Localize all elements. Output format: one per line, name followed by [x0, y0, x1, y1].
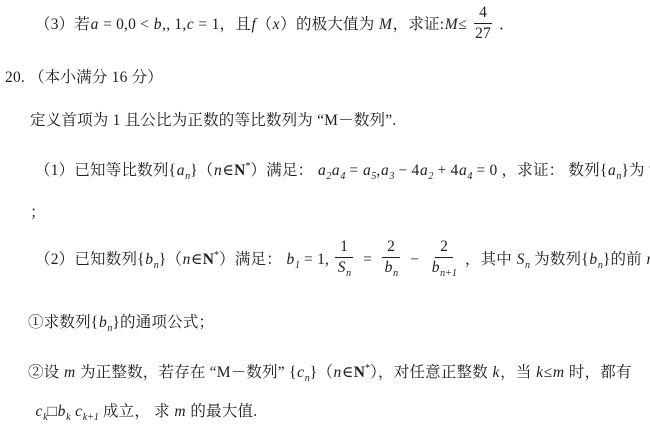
denominator: Sn	[332, 258, 356, 280]
subscript: n	[393, 268, 398, 279]
text-run: ②设	[28, 364, 63, 381]
text-run: }的通项公式；	[112, 314, 214, 331]
text-run: ，其中	[465, 251, 516, 268]
text-run: =	[359, 251, 376, 268]
part-1-statement: （1）已知等比数列{an}（n∈N*）满足： a2a4 = a5,a3 − 4a…	[35, 160, 650, 184]
math-var: n	[646, 251, 650, 268]
math-var: b	[145, 251, 154, 268]
text-run: ．	[499, 16, 515, 33]
text-run: ≤	[458, 16, 467, 33]
math-var: b	[153, 16, 162, 33]
text-run: 时，都有	[565, 364, 632, 381]
text-run: ,, 1,	[162, 16, 186, 33]
denominator: bn	[379, 258, 403, 280]
text-run: 2	[440, 238, 448, 255]
subscript: n	[346, 268, 351, 279]
text-run: = 1,	[300, 251, 329, 268]
math-var: b	[384, 259, 393, 276]
text-run: 定义首项为 1 且公比为正数的等比数列为 “M－数列”.	[30, 112, 396, 129]
text-run: 20. （本小满分 16 分）	[5, 69, 163, 86]
text-run: −	[406, 251, 423, 268]
math-var: M	[444, 16, 458, 33]
text-run: 的最大值.	[186, 403, 257, 420]
text-run: ，当	[500, 364, 535, 381]
text-run	[71, 403, 75, 420]
subpart-2-condition: ②设 m 为正整数，若存在 “M－数列” {cn}（n∈N*），对任意正整数 k…	[28, 362, 632, 386]
text-run: 为正整数，若存在 “M－数列” {	[76, 364, 297, 381]
fraction: 2bn	[379, 238, 403, 279]
math-var: m	[552, 364, 564, 381]
text-run: ，求证:	[393, 16, 445, 33]
math-var: S	[337, 259, 346, 276]
math-var: c	[75, 403, 83, 420]
text-run: }（	[159, 251, 182, 268]
text-run: = 0,0 <	[99, 16, 153, 33]
text-run: ；	[30, 204, 46, 221]
text-run: □	[48, 403, 58, 420]
math-var: a	[176, 162, 185, 179]
m-sequence-definition: 定义首项为 1 且公比为正数的等比数列为 “M－数列”.	[30, 111, 396, 132]
math-var-bold: N	[203, 251, 214, 268]
subpart-1-question: ①求数列{bn}的通项公式；	[28, 313, 214, 336]
text-run: 27	[475, 25, 491, 42]
text-run: ①求数列{	[28, 314, 98, 331]
text-run: （2）已知数列{	[35, 251, 145, 268]
denominator: 27	[470, 24, 496, 43]
text-run: ）满足：	[251, 162, 318, 179]
text-run: ）的极大值为	[280, 16, 378, 33]
text-run: （3）若	[35, 16, 90, 33]
text-run: （	[256, 16, 272, 33]
text-run: + 4	[433, 162, 458, 179]
text-run: ∈	[342, 364, 354, 381]
math-var: n	[333, 364, 342, 381]
math-var: b	[431, 259, 440, 276]
math-var: k	[492, 364, 500, 381]
numerator: 2	[382, 238, 400, 258]
text-run: ），对任意正整数	[370, 364, 492, 381]
text-run: 成立， 求	[99, 403, 174, 420]
subscript: n+1	[440, 268, 457, 279]
math-var: c	[35, 403, 43, 420]
numerator: 1	[335, 238, 353, 258]
text-run: =	[345, 162, 362, 179]
subscript: k	[66, 412, 70, 423]
math-var: c	[297, 364, 305, 381]
fraction: 1Sn	[332, 238, 356, 279]
text-run: = 1，且	[194, 16, 250, 33]
math-var: b	[57, 403, 66, 420]
text-run: 1	[340, 238, 348, 255]
subpart-2-conclusion: ck□bk ck+1 成立， 求 m 的最大值.	[35, 402, 257, 425]
math-var: a	[331, 162, 340, 179]
fraction: 427	[470, 4, 496, 43]
math-var: a	[90, 16, 99, 33]
math-var: m	[63, 364, 75, 381]
text-run: 4	[479, 4, 487, 21]
problem-3-statement: （3）若a = 0,0 < b,, 1,c = 1，且f（x）的极大值为 M，求…	[35, 6, 515, 45]
math-var: b	[286, 251, 295, 268]
text-run: = 0 ，求证： 数列{	[472, 162, 607, 179]
math-var: S	[516, 251, 525, 268]
math-var-bold: N	[354, 364, 365, 381]
text-run: − 4	[394, 162, 419, 179]
math-var: k	[536, 364, 544, 381]
math-var-bold: N	[234, 162, 245, 179]
math-var: n	[182, 251, 191, 268]
text-run: ）满足：	[219, 251, 286, 268]
fraction: 2bn+1	[426, 238, 462, 279]
semicolon-line: ；	[30, 203, 46, 224]
text-run: }（	[310, 364, 333, 381]
text-run: （1）已知等比数列{	[35, 162, 176, 179]
text-run: }为 “M－数列”	[621, 162, 650, 179]
math-var: m	[174, 403, 186, 420]
text-run: 为数列{	[530, 251, 589, 268]
denominator: bn+1	[426, 258, 462, 280]
subscript: k+1	[83, 412, 99, 423]
text-run: }（	[190, 162, 213, 179]
text-run: ∈	[191, 251, 203, 268]
numerator: 2	[435, 238, 453, 258]
math-var: b	[589, 251, 598, 268]
part-2-statement: （2）已知数列{bn}（n∈N*）满足： b1 = 1,1Sn = 2bn − …	[35, 240, 650, 281]
problem-20-header: 20. （本小满分 16 分）	[5, 68, 163, 89]
numerator: 4	[474, 4, 492, 24]
math-var: M	[379, 16, 393, 33]
document-page: （3）若a = 0,0 < b,, 1,c = 1，且f（x）的极大值为 M，求…	[0, 0, 650, 446]
text-run: ∈	[222, 162, 234, 179]
text-run: }的前	[603, 251, 646, 268]
text-run: 2	[387, 238, 395, 255]
